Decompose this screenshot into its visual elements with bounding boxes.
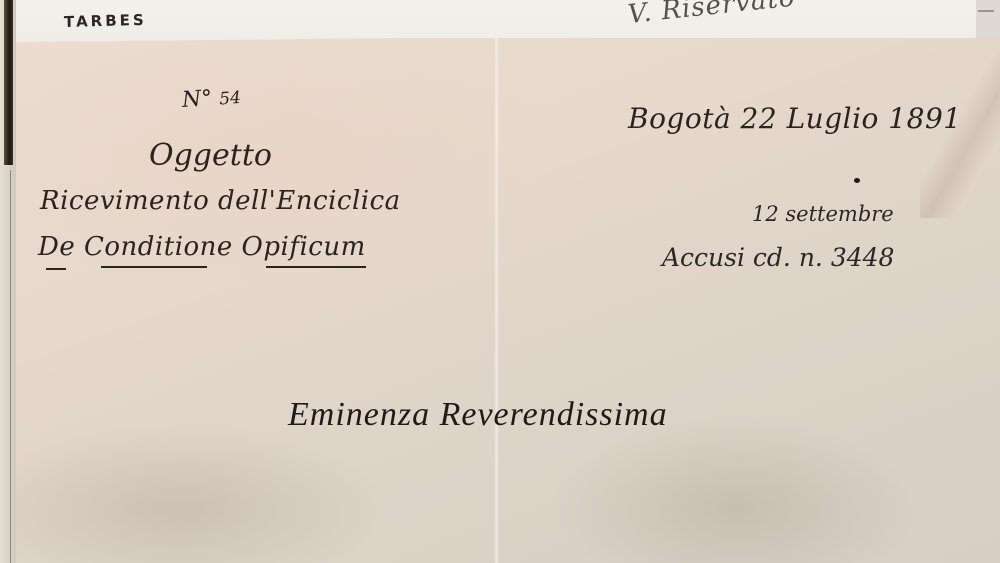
paper-fold-line	[494, 38, 499, 563]
subject-line-1: Ricevimento dell'Enciclica	[40, 186, 401, 216]
binding-spine	[0, 0, 16, 563]
salutation: Eminenza Reverendissima	[288, 396, 668, 434]
letter-page: N° 54 Oggetto Ricevimento dell'Enciclica…	[16, 38, 1000, 563]
ink-dot	[854, 178, 860, 183]
subject-line-2: De Conditione Opificum	[38, 232, 366, 262]
spine-shadow	[4, 0, 13, 165]
protocol-number-value: 54	[219, 88, 242, 109]
protocol-mark-symbol: N°	[181, 86, 213, 113]
underline-de	[46, 268, 66, 270]
pencil-annotation: V. Riservato	[626, 0, 796, 30]
underline-opificum	[266, 266, 366, 268]
flap-mark	[978, 10, 994, 12]
received-date-note: 12 settembre	[752, 202, 894, 226]
right-paper-flap	[976, 0, 1000, 40]
spine-edge-line	[10, 170, 11, 563]
underline-conditione	[101, 266, 207, 268]
place-and-date: Bogotà 22 Luglio 1891	[628, 102, 962, 135]
protocol-number: N° 54	[181, 84, 241, 113]
letterhead-tarbes: TARBES	[64, 11, 147, 31]
subject-label: Oggetto	[149, 138, 272, 173]
acknowledgment-note: Accusi cd. n. 3448	[662, 243, 894, 272]
